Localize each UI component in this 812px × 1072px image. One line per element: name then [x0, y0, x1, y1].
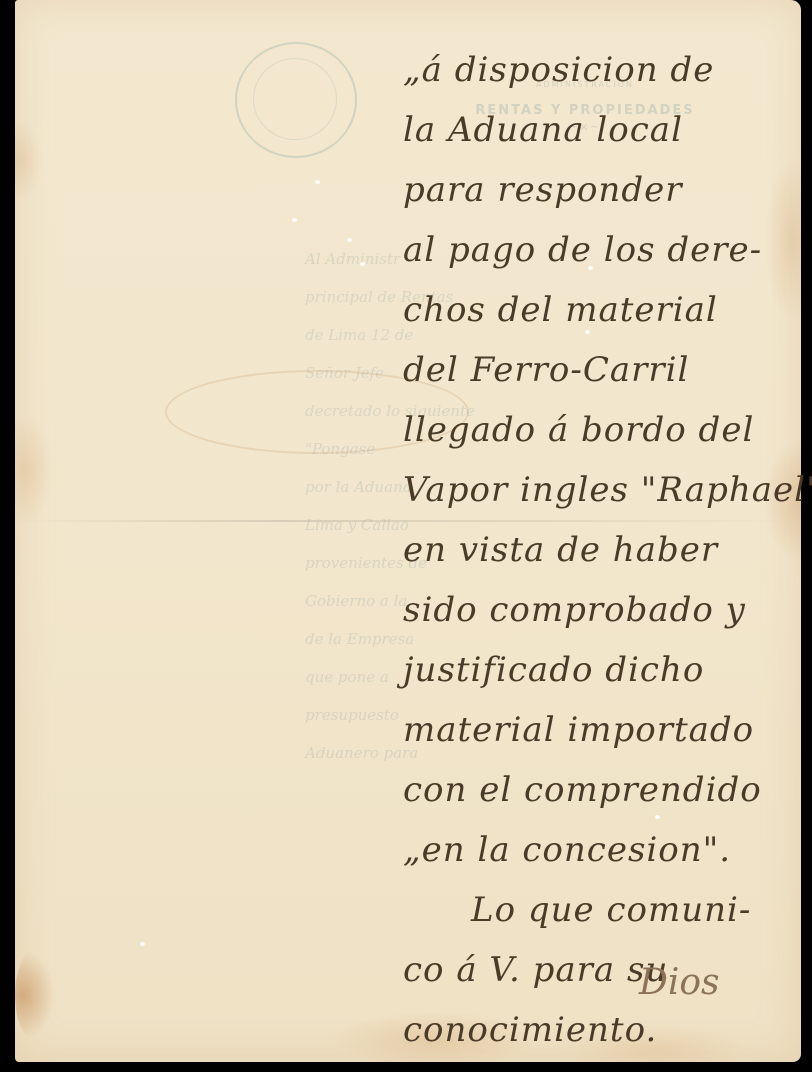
body-line: chos del material	[403, 280, 803, 340]
pin-hole	[347, 238, 352, 242]
bleed-line: decretado lo siguiente	[305, 392, 415, 430]
letter-body: „á disposicion de la Aduana local para r…	[403, 40, 803, 1060]
body-line: „en la concesion".	[403, 820, 803, 880]
body-line: co á V. para su	[403, 940, 803, 1000]
bleed-line: provenientes de	[305, 544, 415, 582]
body-line: justificado dicho	[403, 640, 803, 700]
paper-sheet: ADMINISTRACION RENTAS Y PROPIEDADES ~×~ …	[15, 0, 801, 1062]
body-line: con el comprendido	[403, 760, 803, 820]
bleed-line: presupuesto	[305, 696, 415, 734]
water-stain	[15, 950, 55, 1040]
body-line: Lo que comuni-	[403, 880, 803, 940]
bleed-line: Aduanero para	[305, 734, 415, 772]
closing-word: Dios	[639, 962, 720, 1003]
body-line: en vista de haber	[403, 520, 803, 580]
bleed-line: de Lima 12 de	[305, 316, 415, 354]
bleed-line: de la Empresa	[305, 620, 415, 658]
body-line: „á disposicion de	[403, 40, 803, 100]
body-line: sido comprobado y	[403, 580, 803, 640]
bleed-line: por la Aduana	[305, 468, 415, 506]
scanned-document: ADMINISTRACION RENTAS Y PROPIEDADES ~×~ …	[0, 0, 812, 1072]
pin-hole	[360, 262, 365, 266]
seal-inner-ring	[253, 58, 337, 140]
body-line: del Ferro-Carril	[403, 340, 803, 400]
body-line: la Aduana local	[403, 100, 803, 160]
official-seal-stamp	[235, 42, 357, 158]
body-line: conocimiento.	[403, 1000, 803, 1060]
bleed-through-text: Al Administr principal de Rentas de Lima…	[305, 240, 415, 772]
bleed-line: principal de Rentas	[305, 278, 415, 316]
bleed-line: Lima y Callao	[305, 506, 415, 544]
body-line: para responder	[403, 160, 803, 220]
pin-hole	[140, 942, 145, 946]
pin-hole	[292, 218, 297, 222]
body-line: material importado	[403, 700, 803, 760]
bleed-line: "Pongase	[305, 430, 415, 468]
body-line: Vapor ingles "Raphael"	[403, 460, 803, 520]
body-line: al pago de los dere-	[403, 220, 803, 280]
bleed-line: que pone a	[305, 658, 415, 696]
bleed-line: Al Administr	[305, 240, 415, 278]
bleed-line: Gobierno a la	[305, 582, 415, 620]
body-line: llegado á bordo del	[403, 400, 803, 460]
pin-hole	[315, 180, 320, 184]
bleed-line: Señor Jefe	[305, 354, 415, 392]
